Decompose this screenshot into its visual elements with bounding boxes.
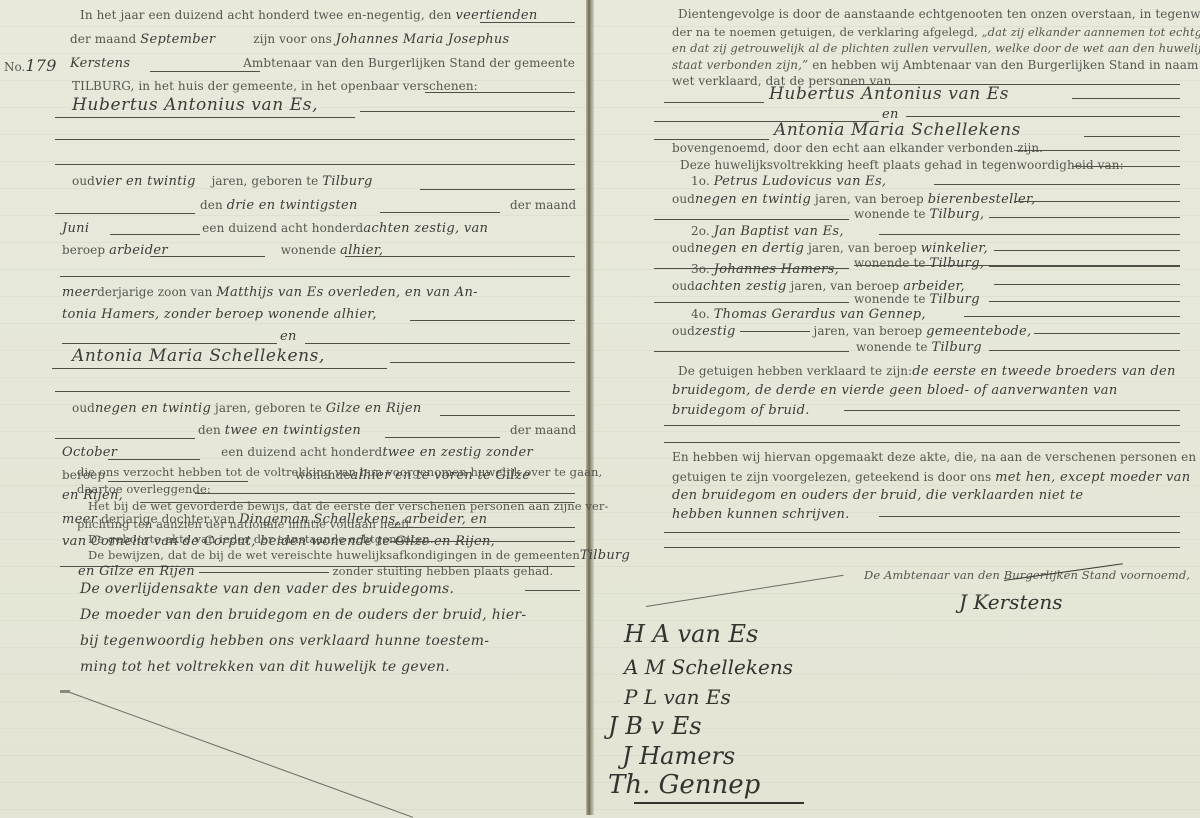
fill-rule xyxy=(425,92,575,93)
marriage-day: veertienden xyxy=(455,8,537,23)
signature-witness-3: J Hamers xyxy=(622,742,735,770)
printed-text: beroep xyxy=(62,243,105,257)
signature-witness-1: P L van Es xyxy=(624,685,731,709)
fill-rule xyxy=(305,343,570,344)
printed-text: oud xyxy=(672,192,695,206)
witness-residence-line: wonende te Tilburg, xyxy=(854,205,984,223)
witness-name: Thomas Gerardus van Gennep, xyxy=(714,307,926,322)
closing-line-3: den bruidegom en ouders der bruid, die v… xyxy=(672,487,1083,505)
fill-rule xyxy=(140,502,575,503)
fill-rule xyxy=(989,217,1180,218)
witness-age: zestig xyxy=(695,324,736,339)
underline-rule xyxy=(52,368,387,369)
printed-text: oud xyxy=(672,241,695,255)
record-number-prefix: No. xyxy=(4,60,25,74)
bride-birth-month: October xyxy=(62,445,117,460)
strike-line xyxy=(646,575,844,607)
witness-ordinal: 3o. xyxy=(691,262,710,276)
underline-rule xyxy=(55,117,355,118)
bride-parents: Dingeman Schellekens, arbeider, en xyxy=(239,512,487,527)
fill-rule xyxy=(989,266,1180,267)
printed-text: oud xyxy=(72,401,95,415)
witness-name-line: 4o. Thomas Gerardus van Gennep, xyxy=(691,305,926,323)
witness-name-line: 1o. Petrus Ludovicus van Es, xyxy=(691,172,886,190)
printed-text: TILBURG, in het huis der gemeente, in he… xyxy=(72,79,478,93)
book-gutter xyxy=(586,0,594,815)
fill-rule xyxy=(440,415,575,416)
witness-age: negen en twintig xyxy=(695,192,811,207)
witness-name-line: 2o. Jan Baptist van Es, xyxy=(691,222,844,240)
intro-line-3: Kerstens Ambtenaar van den Burgerlijken … xyxy=(70,54,575,72)
blank-rule xyxy=(664,547,1180,548)
witness-residence-line: wonende te Tilburg xyxy=(856,338,982,356)
printed-text: oud xyxy=(672,324,695,338)
fill-rule xyxy=(1034,333,1180,334)
bride-parents-line-2: van Cornelia van de Corput, beiden wonen… xyxy=(62,533,495,551)
bride-name-declared: Antonia Maria Schellekens xyxy=(774,121,1021,139)
fill-rule xyxy=(108,459,200,460)
printed-text: jaren, van beroep xyxy=(814,324,923,338)
fill-rule xyxy=(989,301,1180,302)
witness-residence: Tilburg xyxy=(930,292,980,307)
blank-rule xyxy=(55,139,575,140)
blank-rule xyxy=(55,391,570,392)
declaration-line-3: en dat zij getrouwelijk al de plichten z… xyxy=(672,39,1200,57)
printed-text: jaren, geboren te xyxy=(215,401,322,415)
printed-text: der na te noemen getuigen, de verklaring… xyxy=(672,25,978,39)
signature-groom: H A van Es xyxy=(624,620,758,648)
signature-witness-2: J B v Es xyxy=(608,712,702,740)
printed-text: jaren, geboren te xyxy=(212,174,319,188)
marriage-month: September xyxy=(140,32,215,47)
closing-line-4: hebben kunnen schrijven. xyxy=(672,506,850,524)
fill-rule xyxy=(480,22,575,23)
bride-majority: meer xyxy=(62,512,97,527)
left-page: No.179 In het jaar een duizend acht hond… xyxy=(0,0,588,815)
bride-name: Antonia Maria Schellekens, xyxy=(72,347,325,365)
signature-underline xyxy=(634,802,804,804)
register-spread: No.179 In het jaar een duizend acht hond… xyxy=(0,0,1200,815)
fill-rule xyxy=(964,316,1180,317)
relation-line-2: bruidegom, de derde en vierde geen bloed… xyxy=(672,382,1118,400)
fill-rule xyxy=(879,234,1180,235)
fill-rule xyxy=(380,212,500,213)
bride-birthday-line: den twee en twintigsten xyxy=(198,421,361,439)
declaration-line-6: bovengenoemd, door den echt aan elkander… xyxy=(672,139,1043,157)
fill-rule xyxy=(1084,136,1180,137)
fill-rule xyxy=(390,362,575,363)
printed-text: derjarige dochter van xyxy=(101,512,235,526)
official-first-names: Johannes Maria Josephus xyxy=(336,32,510,47)
blank-rule xyxy=(664,425,1180,426)
fill-rule xyxy=(879,516,1180,517)
witness-residence-line: wonende te Tilburg, xyxy=(854,254,984,272)
fill-rule xyxy=(994,250,1180,251)
printed-text: wonende te xyxy=(856,340,928,354)
fill-rule xyxy=(55,213,195,214)
witness-residence: Tilburg, xyxy=(930,256,985,271)
printed-text: oud xyxy=(672,279,695,293)
bride-age-line: oudnegen en twintig jaren, geboren te Gi… xyxy=(72,399,422,417)
groom-birth-month: Juni xyxy=(62,221,89,236)
intro-line-1: In het jaar een duizend acht honderd twe… xyxy=(80,6,538,24)
printed-text: den xyxy=(200,198,223,212)
groom-parents-line-2: tonia Hamers, zonder beroep wonende alhi… xyxy=(62,306,377,324)
printed-text: derjarige zoon van xyxy=(97,285,212,299)
intro-line-4: TILBURG, in het huis der gemeente, in he… xyxy=(72,77,478,95)
witness-ordinal: 1o. xyxy=(691,174,710,188)
printed-text: een duizend acht honderd xyxy=(221,445,382,459)
fill-rule xyxy=(345,256,575,257)
printed-text: zijn voor ons xyxy=(253,32,332,46)
bride-birth-year: twee en zestig zonder xyxy=(382,445,533,460)
signature-bride: A M Schellekens xyxy=(624,655,793,679)
bride-parents-line-1: meer derjarige dochter van Dingeman Sche… xyxy=(62,510,487,528)
signature-witness-4: Th. Gennep xyxy=(608,770,760,800)
groom-birthday-line: den drie en twintigsten xyxy=(200,196,358,214)
fill-rule xyxy=(844,410,1180,411)
bride-residence-cont: en Rijen, xyxy=(62,487,123,505)
printed-text: en hebben wij Ambtenaar van den Burgerli… xyxy=(812,58,1200,72)
fill-rule xyxy=(360,111,575,112)
fill-rule xyxy=(410,320,575,321)
fill-rule xyxy=(110,234,200,235)
groom-age-line: oudvier en twintig jaren, geboren te Til… xyxy=(72,172,373,190)
witness-name: Jan Baptist van Es, xyxy=(714,224,844,239)
printed-text: oud xyxy=(72,174,95,188)
fill-rule xyxy=(150,71,260,72)
fill-rule xyxy=(989,350,1180,351)
witness-ordinal: 4o. xyxy=(691,307,710,321)
printed-text: jaren, van beroep xyxy=(808,241,917,255)
printed-text: wonende xyxy=(281,243,337,257)
groom-majority: meer xyxy=(62,285,97,300)
printed-text: wonende te xyxy=(854,292,926,306)
fill-rule xyxy=(854,265,1180,266)
oath-text: staat verbonden zijn,” xyxy=(672,58,808,72)
bride-birth-day: twee en twintigsten xyxy=(225,423,361,438)
record-number: No.179 xyxy=(4,56,57,75)
bride-age: negen en twintig xyxy=(95,401,211,416)
witness-ordinal: 2o. xyxy=(691,224,710,238)
printed-text: beroep xyxy=(62,468,105,482)
fill-rule xyxy=(385,437,500,438)
blank-rule xyxy=(664,532,1180,533)
fill-rule xyxy=(1072,166,1180,167)
printed-text: Ambtenaar van den Burgerlijken Stand der… xyxy=(243,56,575,70)
bride-residence: alhier en te voren te Gilze xyxy=(351,468,531,483)
blank-rule xyxy=(60,566,575,567)
blank-rule xyxy=(60,276,570,277)
printed-text: De getuigen hebben verklaard te zijn: xyxy=(678,364,912,378)
groom-birth-day: drie en twintigsten xyxy=(227,198,358,213)
fill-rule xyxy=(934,184,1180,185)
fill-rule xyxy=(654,302,849,303)
fill-rule xyxy=(1014,201,1180,202)
printed-text: der maand xyxy=(510,421,576,439)
groom-birthplace: Tilburg xyxy=(322,174,372,189)
conjunction-en: en xyxy=(280,328,297,346)
declaration-line-1: Dientengevolge is door de aanstaande ech… xyxy=(678,5,1200,23)
fill-rule xyxy=(654,351,849,352)
printed-text: wonende xyxy=(295,468,351,482)
oath-text: „dat zij elkander aannemen tot echtgenoo… xyxy=(982,25,1200,39)
fill-rule xyxy=(108,481,248,482)
signing-note: met hen, except moeder van xyxy=(995,470,1190,485)
official-surname: Kerstens xyxy=(70,56,130,71)
witness-name: Johannes Hamers, xyxy=(714,262,839,277)
fill-rule xyxy=(55,438,195,439)
witness-name-line: 3o. Johannes Hamers, xyxy=(691,260,839,278)
witness-residence: Tilburg, xyxy=(930,207,985,222)
groom-birth-year: achten zestig, van xyxy=(363,221,488,236)
official-signature: J Kerstens xyxy=(959,590,1062,614)
official-caption: De Ambtenaar van den Burgerlijken Stand … xyxy=(864,566,1190,584)
right-page: Dientengevolge is door de aanstaande ech… xyxy=(594,0,1200,815)
fill-rule xyxy=(1072,98,1180,99)
blank-rule xyxy=(664,442,1180,443)
printed-text: den xyxy=(198,423,221,437)
fill-rule xyxy=(1014,150,1180,151)
fill-rule xyxy=(150,256,265,257)
fill-rule xyxy=(994,284,1180,285)
printed-text: wonende te xyxy=(854,256,926,270)
printed-text: jaren, van beroep xyxy=(815,192,924,206)
blank-rule xyxy=(55,164,575,165)
fill-rule xyxy=(420,189,575,190)
closing-line-1: En hebben wij hiervan opgemaakt deze akt… xyxy=(672,448,1200,466)
printed-text: getuigen te zijn voorgelezen, geteekend … xyxy=(672,470,991,484)
fill-rule xyxy=(906,116,1180,117)
witness-occupation: gemeentebode, xyxy=(926,324,1031,339)
groom-name: Hubertus Antonius van Es, xyxy=(72,96,318,114)
printed-text: In het jaar een duizend acht honderd twe… xyxy=(80,8,452,22)
fill-rule xyxy=(654,219,849,220)
relation-line-1: De getuigen hebben verklaard te zijn:de … xyxy=(678,362,1176,380)
printed-text: der maand xyxy=(510,196,576,214)
witness-relation: de eerste en tweede broeders van den xyxy=(912,364,1175,379)
fill-rule xyxy=(664,102,764,103)
intro-line-2: der maand September zijn voor ons Johann… xyxy=(70,30,510,48)
groom-name-declared: Hubertus Antonius van Es xyxy=(769,85,1009,103)
printed-text: der maand xyxy=(70,32,136,46)
record-number-value: 179 xyxy=(25,56,56,75)
fill-rule xyxy=(62,343,277,344)
printed-text: een duizend acht honderd xyxy=(202,221,363,235)
witness-age: achten zestig xyxy=(695,279,787,294)
printed-text: wonende te xyxy=(854,207,926,221)
relation-line-3: bruidegom of bruid. xyxy=(672,402,810,420)
witness-age: negen en dertig xyxy=(695,241,804,256)
groom-parents: Matthijs van Es overleden, en van An- xyxy=(216,285,477,300)
closing-line-2: getuigen te zijn voorgelezen, geteekend … xyxy=(672,468,1190,486)
groom-parents-line-1: meerderjarige zoon van Matthijs van Es o… xyxy=(62,283,478,301)
witness-residence: Tilburg xyxy=(932,340,982,355)
witness-name: Petrus Ludovicus van Es, xyxy=(714,174,887,189)
bride-birthplace: Gilze en Rijen xyxy=(326,401,422,416)
groom-age: vier en twintig xyxy=(95,174,196,189)
